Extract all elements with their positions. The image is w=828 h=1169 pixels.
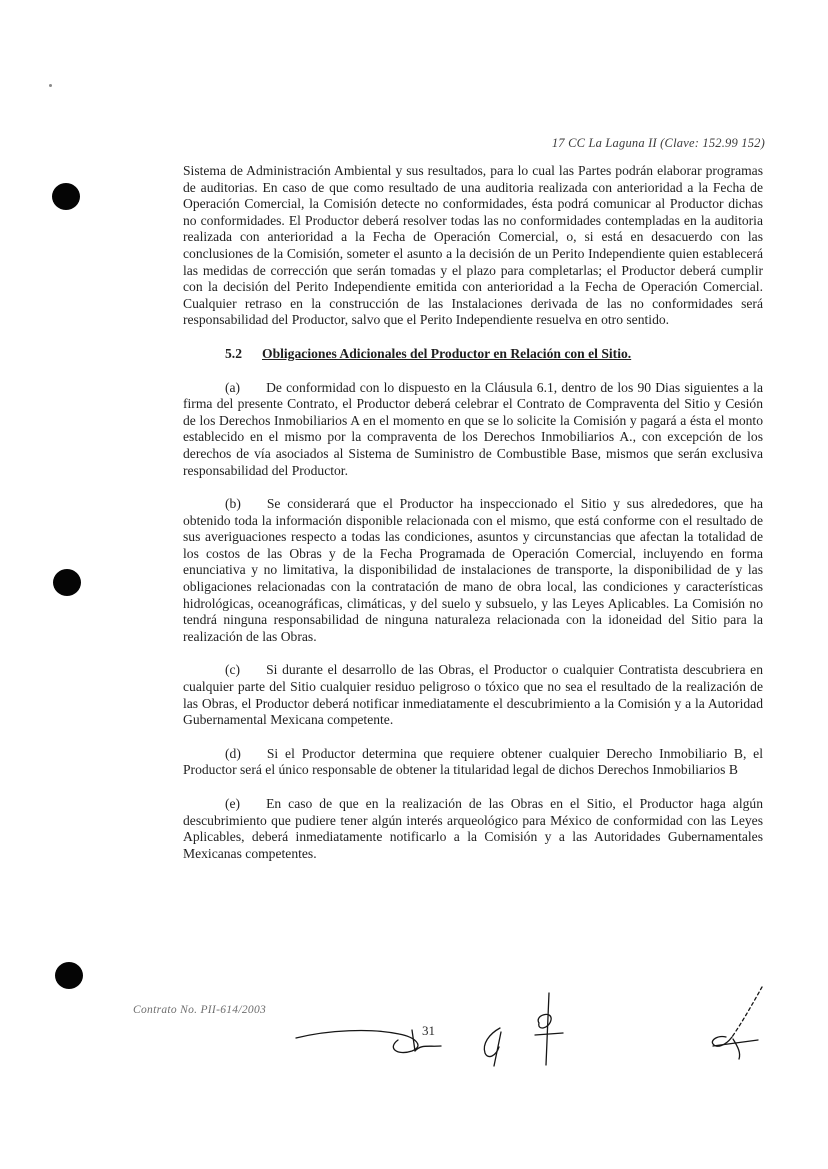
section-heading: 5.2Obligaciones Adicionales del Producto… [183,346,763,363]
clause-label: (a) [225,380,240,395]
scan-speck [49,84,52,87]
page-header: 17 CC La Laguna II (Clave: 152.99 152) [420,136,765,151]
clause-text: En caso de que en la realización de las … [183,796,763,861]
hole-punch-dot [55,962,83,989]
document-body: Sistema de Administración Ambiental y su… [183,163,763,879]
hole-punch-dot [53,569,81,596]
hole-punch-dot [52,183,80,210]
signature-initial-3 [700,983,772,1065]
signature-swoosh [293,1018,458,1063]
clause-paragraph-a: (a)De conformidad con lo dispuesto en la… [183,380,763,480]
clause-label: (e) [225,796,240,811]
clause-text: De conformidad con lo dispuesto en la Cl… [183,380,763,478]
contract-number: Contrato No. PII-614/2003 [133,1004,266,1016]
signature-initial-2 [526,991,570,1073]
clause-label: (d) [225,746,241,761]
clause-label: (c) [225,662,240,677]
section-number: 5.2 [225,346,242,361]
clause-paragraph-d: (d)Si el Productor determina que requier… [183,746,763,779]
clause-paragraph-e: (e)En caso de que en la realización de l… [183,796,763,862]
clause-text: Se considerará que el Productor ha inspe… [183,496,763,644]
section-title: Obligaciones Adicionales del Productor e… [262,346,631,361]
clause-text: Si el Productor determina que requiere o… [183,746,763,778]
clause-label: (b) [225,496,241,511]
intro-paragraph: Sistema de Administración Ambiental y su… [183,163,763,329]
document-page: 17 CC La Laguna II (Clave: 152.99 152) S… [0,0,828,1169]
clause-paragraph-b: (b)Se considerará que el Productor ha in… [183,496,763,645]
signature-initial-1 [476,1022,516,1072]
clause-paragraph-c: (c)Si durante el desarrollo de las Obras… [183,662,763,728]
clause-text: Si durante el desarrollo de las Obras, e… [183,662,763,727]
